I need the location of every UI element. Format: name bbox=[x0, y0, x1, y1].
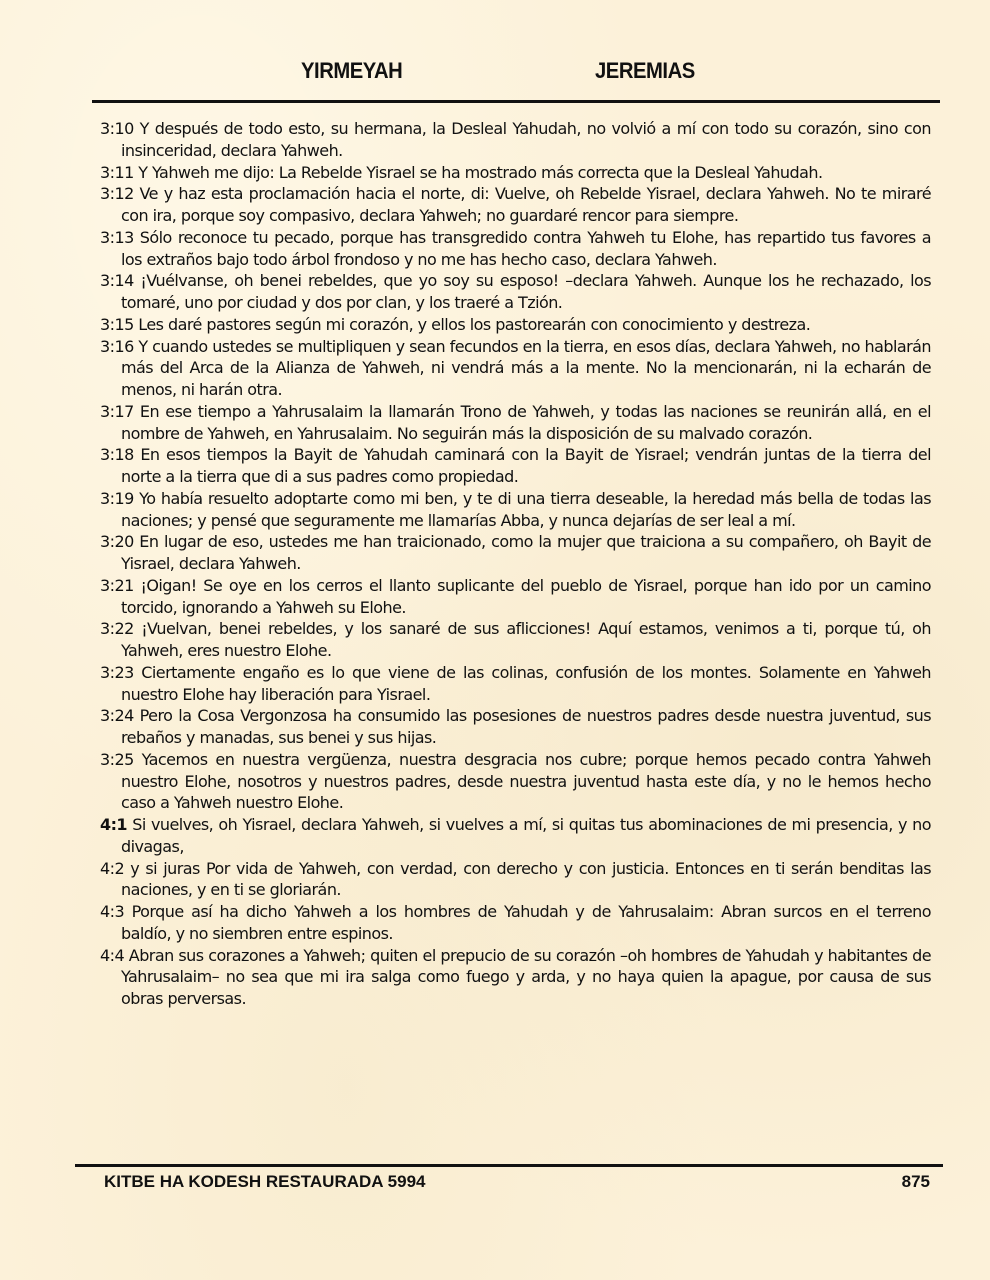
chapter-verse-ref: 4:1 bbox=[100, 815, 127, 834]
page-number: 875 bbox=[902, 1172, 930, 1192]
verse-text: Abran sus corazones a Yahweh; quiten el … bbox=[121, 946, 931, 1009]
verse: 3:15 Les daré pastores según mi corazón,… bbox=[100, 314, 931, 336]
verse-text: Yo había resuelto adoptarte como mi ben,… bbox=[121, 489, 931, 530]
chapter-start-verse: 4:1 Si vuelves, oh Yisrael, declara Yahw… bbox=[100, 814, 931, 858]
verse: 3:13 Sólo reconoce tu pecado, porque has… bbox=[100, 227, 931, 271]
verse: 3:17 En ese tiempo a Yahrusalaim la llam… bbox=[100, 401, 931, 445]
verse: 3:18 En esos tiempos la Bayit de Yahudah… bbox=[100, 444, 931, 488]
verse-text: En esos tiempos la Bayit de Yahudah cami… bbox=[121, 445, 931, 486]
verse: 3:22 ¡Vuelvan, benei rebeldes, y los san… bbox=[100, 618, 931, 662]
verse-ref: 3:17 bbox=[100, 402, 134, 421]
verse: 4:4 Abran sus corazones a Yahweh; quiten… bbox=[100, 945, 931, 1010]
verse-ref: 3:15 bbox=[100, 315, 134, 334]
verse-ref: 3:12 bbox=[100, 184, 134, 203]
verse: 3:12 Ve y haz esta proclamación hacia el… bbox=[100, 183, 931, 227]
verse-ref: 3:24 bbox=[100, 706, 134, 725]
verse-text: Y cuando ustedes se multipliquen y sean … bbox=[121, 337, 931, 400]
verse-ref: 3:21 bbox=[100, 576, 134, 595]
document-page: YIRMEYAH JEREMIAS 3:10 Y después de todo… bbox=[0, 0, 990, 1280]
verse-ref: 4:3 bbox=[100, 902, 124, 921]
verse-ref: 4:2 bbox=[100, 859, 124, 878]
verse-ref: 3:22 bbox=[100, 619, 134, 638]
verse-ref: 3:10 bbox=[100, 119, 134, 138]
header-spanish-title: JEREMIAS bbox=[595, 58, 695, 84]
verse-ref: 3:23 bbox=[100, 663, 134, 682]
verse: 3:11 Y Yahweh me dijo: La Rebelde Yisrae… bbox=[100, 162, 931, 184]
verse-ref: 3:25 bbox=[100, 750, 134, 769]
verse-ref: 3:16 bbox=[100, 337, 134, 356]
verse: 3:21 ¡Oigan! Se oye en los cerros el lla… bbox=[100, 575, 931, 619]
header-hebrew-title: YIRMEYAH bbox=[301, 58, 402, 84]
verse: 3:10 Y después de todo esto, su hermana,… bbox=[100, 118, 931, 162]
verse-text: y si juras Por vida de Yahweh, con verda… bbox=[121, 859, 931, 900]
verse-ref: 3:11 bbox=[100, 163, 134, 182]
verse-ref: 3:18 bbox=[100, 445, 134, 464]
verse: 3:23 Ciertamente engaño es lo que viene … bbox=[100, 662, 931, 706]
running-footer: KITBE HA KODESH RESTAURADA 5994 875 bbox=[104, 1172, 930, 1196]
verse: 3:20 En lugar de eso, ustedes me han tra… bbox=[100, 531, 931, 575]
verse-list: 3:10 Y después de todo esto, su hermana,… bbox=[100, 118, 931, 1010]
verse-text: ¡Vuelvan, benei rebeldes, y los sanaré d… bbox=[121, 619, 931, 660]
verse-text: Ve y haz esta proclamación hacia el nort… bbox=[121, 184, 931, 225]
verse-text: Porque así ha dicho Yahweh a los hombres… bbox=[121, 902, 931, 943]
running-header: YIRMEYAH JEREMIAS bbox=[92, 58, 940, 88]
verse-ref: 3:13 bbox=[100, 228, 134, 247]
verse: 3:19 Yo había resuelto adoptarte como mi… bbox=[100, 488, 931, 532]
verse-text: En lugar de eso, ustedes me han traicion… bbox=[121, 532, 931, 573]
verse-ref: 3:20 bbox=[100, 532, 134, 551]
verse-text: ¡Oigan! Se oye en los cerros el llanto s… bbox=[121, 576, 931, 617]
verse-ref: 3:14 bbox=[100, 271, 134, 290]
verse-text: Yacemos en nuestra vergüenza, nuestra de… bbox=[121, 750, 931, 813]
verse: 3:24 Pero la Cosa Vergonzosa ha consumid… bbox=[100, 705, 931, 749]
verse-text: Les daré pastores según mi corazón, y el… bbox=[138, 315, 810, 334]
header-divider bbox=[92, 100, 940, 103]
verse: 4:2 y si juras Por vida de Yahweh, con v… bbox=[100, 858, 931, 902]
verse-ref: 4:4 bbox=[100, 946, 124, 965]
verse-text: Sólo reconoce tu pecado, porque has tran… bbox=[121, 228, 931, 269]
verse-text: En ese tiempo a Yahrusalaim la llamarán … bbox=[121, 402, 931, 443]
verse: 3:25 Yacemos en nuestra vergüenza, nuest… bbox=[100, 749, 931, 814]
verse: 3:14 ¡Vuélvanse, oh benei rebeldes, que … bbox=[100, 270, 931, 314]
verse: 3:16 Y cuando ustedes se multipliquen y … bbox=[100, 336, 931, 401]
verse-text: Y Yahweh me dijo: La Rebelde Yisrael se … bbox=[138, 163, 822, 182]
verse-ref: 3:19 bbox=[100, 489, 134, 508]
footer-book-title: KITBE HA KODESH RESTAURADA 5994 bbox=[104, 1172, 425, 1192]
verse-text: Si vuelves, oh Yisrael, declara Yahweh, … bbox=[121, 815, 931, 856]
verse: 4:3 Porque así ha dicho Yahweh a los hom… bbox=[100, 901, 931, 945]
verse-text: Y después de todo esto, su hermana, la D… bbox=[121, 119, 931, 160]
verse-text: Pero la Cosa Vergonzosa ha consumido las… bbox=[121, 706, 931, 747]
verse-text: Ciertamente engaño es lo que viene de la… bbox=[121, 663, 931, 704]
footer-divider bbox=[75, 1164, 943, 1167]
verse-text: ¡Vuélvanse, oh benei rebeldes, que yo so… bbox=[121, 271, 931, 312]
